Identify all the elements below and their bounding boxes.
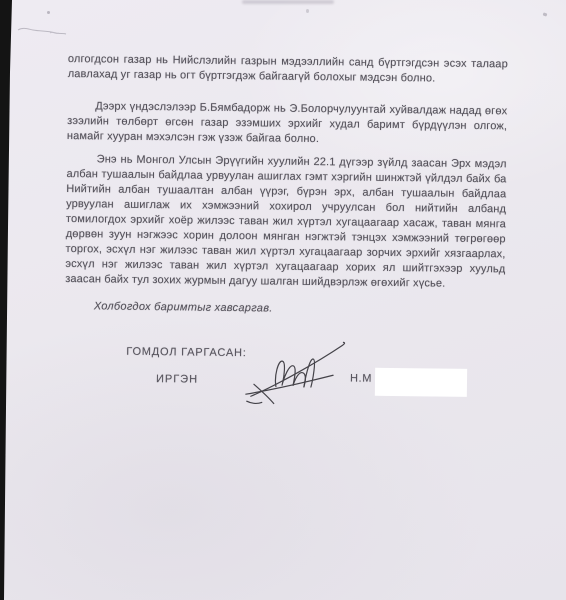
document-body: олгогдсон газар нь Нийслэлийн газрын мэд… [63, 52, 508, 449]
dust-speck [306, 9, 309, 13]
dust-speck [47, 11, 50, 14]
citizen-label: ИРГЭН [156, 372, 198, 388]
redaction-box [375, 368, 467, 397]
body-paragraph: олгогдсон газар нь Нийслэлийн газрын мэд… [68, 52, 508, 87]
scanned-document-page: олгогдсон газар нь Нийслэлийн газрын мэд… [0, 0, 566, 600]
complainant-label: ГОМДОЛ ГАРГАСАН: [126, 345, 246, 361]
scan-edge-shadow [0, 0, 15, 600]
handwritten-signature-icon [238, 332, 351, 411]
signature-block: ГОМДОЛ ГАРГАСАН: ИРГЭН Н.М [63, 344, 504, 449]
body-paragraph: Энэ нь Монгол Улсын Эрүүгийн хуулийн 22.… [65, 152, 507, 292]
attachment-note: Холбогдох баримтыг хавсаргав. [65, 299, 505, 319]
scan-smudge [242, 0, 334, 4]
dust-speck [543, 12, 548, 16]
body-paragraph: Дээрх үндэслэлээр Б.Бямбадорж нь Э.Болор… [67, 99, 508, 149]
signer-initials: Н.М [350, 371, 372, 386]
pencil-smudge-icon [16, 21, 68, 39]
